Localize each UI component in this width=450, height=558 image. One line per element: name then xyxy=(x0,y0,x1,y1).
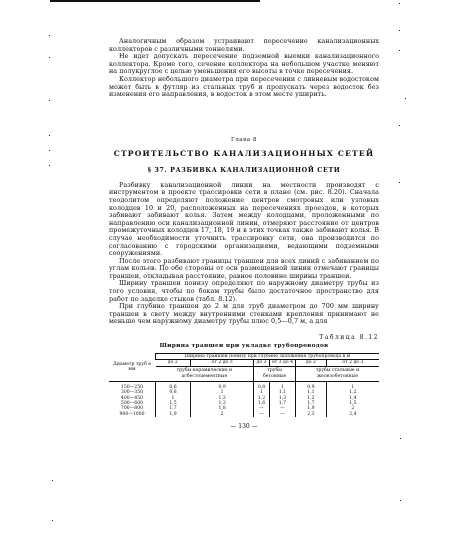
scan-speck xyxy=(49,35,50,36)
paragraph: Коллектор небольшого диаметра при пересе… xyxy=(109,76,379,99)
trench-width-table: Диаметр труб в мм Ширина траншеи понизу … xyxy=(109,353,379,417)
paragraph: Разбивку канализационной линии на местно… xyxy=(109,182,379,258)
scan-speck xyxy=(399,182,400,183)
scan-speck xyxy=(49,100,50,101)
chapter-title: СТРОИТЕЛЬСТВО КАНАЛИЗАЦИОННЫХ СЕТЕЙ xyxy=(109,149,379,158)
table-caption: Ширина траншеи при укладке трубопроводов xyxy=(109,343,379,349)
value-cell: 0,9 xyxy=(191,381,254,390)
value-cell: 2,4 xyxy=(326,412,379,417)
paragraph: Не идет допускать пересечение подземной … xyxy=(109,53,379,76)
scan-speck xyxy=(49,135,50,136)
scan-speck xyxy=(49,57,50,58)
value-cell: 0,9 xyxy=(296,381,327,390)
paragraph: Ширину траншеи понизу определяют по нару… xyxy=(109,280,379,303)
scan-speck xyxy=(405,98,406,99)
value-cell: 0,8 xyxy=(254,381,270,390)
value-cell: 1 xyxy=(326,381,379,390)
value-cell: 1 xyxy=(269,381,295,390)
stub-header: Диаметр труб в мм xyxy=(109,354,156,382)
group-header: Ширина траншеи понизу при глубине заложе… xyxy=(156,354,380,360)
value-cell: 2 xyxy=(191,412,254,417)
scan-speck xyxy=(52,520,53,521)
paragraph: Аналогичным образом устраивают пересечен… xyxy=(109,38,379,53)
document-page: Аналогичным образом устраивают пересечен… xyxy=(109,38,379,430)
material-header: трубы бетонные xyxy=(254,366,296,381)
scan-speck xyxy=(399,3,400,4)
paragraph: После этого разбивают границы траншеи дл… xyxy=(109,258,379,281)
scan-speck xyxy=(399,30,400,31)
scan-edge-rule xyxy=(50,0,260,2)
scan-speck xyxy=(399,50,400,51)
section-title: § 37. РАЗБИВКА КАНАЛИЗАЦИОННОЙ СЕТИ xyxy=(109,166,379,174)
diameter-cell: 900—1000 xyxy=(109,412,156,417)
material-header: трубы керамические и асбестоцементные xyxy=(156,366,254,381)
scan-speck xyxy=(400,500,401,501)
table-row: 900—1000 1,9 2 — — 2,3 2,4 xyxy=(109,412,379,417)
scan-speck xyxy=(399,125,400,126)
table-label: Таблица 8.12 xyxy=(109,334,379,341)
value-cell: 2,3 xyxy=(296,412,327,417)
scan-speck xyxy=(49,150,50,151)
page-number: — 130 — xyxy=(109,423,379,430)
depth-header: от 3 до 4 xyxy=(269,360,295,366)
scan-speck xyxy=(52,480,53,481)
scan-speck xyxy=(49,165,50,166)
scan-speck xyxy=(400,438,401,439)
value-cell: 0,6 xyxy=(156,381,191,390)
paragraph: При глубине траншеи до 2 м для труб диам… xyxy=(109,303,379,326)
diameter-cell: 150—250 xyxy=(109,381,156,390)
value-cell: 1,9 xyxy=(156,412,191,417)
material-header: трубы стальные и железобетонные xyxy=(296,366,379,381)
chapter-label: Глава 8 xyxy=(109,137,379,143)
value-cell: — xyxy=(269,412,295,417)
value-cell: — xyxy=(254,412,270,417)
table-row: 150—250 0,6 0,9 0,8 1 0,9 1 xyxy=(109,381,379,390)
